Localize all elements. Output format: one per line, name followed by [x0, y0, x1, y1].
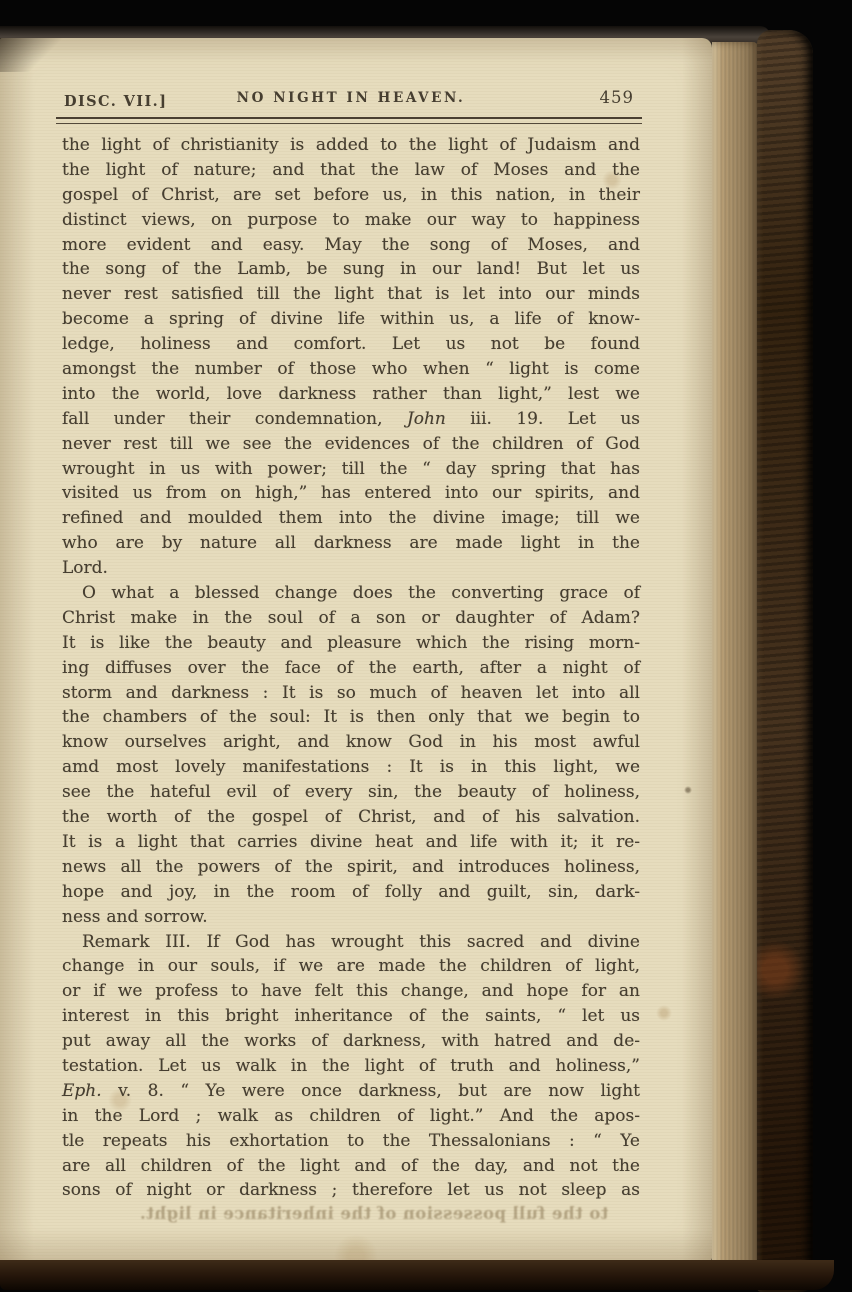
text-line: the song of the Lamb, be sung in our lan… [62, 257, 640, 282]
text-line: refined and moulded them into the divine… [62, 506, 640, 531]
header-double-rule [56, 117, 642, 124]
text-line: more evident and easy. May the song of M… [62, 233, 640, 258]
text-line: gospel of Christ, are set before us, in … [62, 183, 640, 208]
text-line: ledge, holiness and comfort. Let us not … [62, 332, 640, 357]
text-line: are all children of the light and of the… [62, 1154, 640, 1179]
text-line: ness and sorrow. [62, 905, 640, 930]
text-line: in the Lord ; walk as children of light.… [62, 1104, 640, 1129]
text-line: the chambers of the soul: It is then onl… [62, 705, 640, 730]
text-line: the light of nature; and that the law of… [62, 158, 640, 183]
text-line: the light of christianity is added to th… [62, 133, 640, 158]
text-line: Lord. [62, 556, 640, 581]
text-line: never rest satisfied till the light that… [62, 282, 640, 307]
page-number: 459 [600, 88, 635, 107]
text-line: amongst the number of those who when “ l… [62, 357, 640, 382]
text-line: never rest till we see the evidences of … [62, 432, 640, 457]
bleedthrough-text: to the full possession of the inheritanc… [106, 1204, 642, 1223]
text-line: the worth of the gospel of Christ, and o… [62, 805, 640, 830]
text-line: who are by nature all darkness are made … [62, 531, 640, 556]
text-line: into the world, love darkness rather tha… [62, 382, 640, 407]
text-line: tle repeats his exhortation to the Thess… [62, 1129, 640, 1154]
text-line: It is like the beauty and pleasure which… [62, 631, 640, 656]
running-title: NO NIGHT IN HEAVEN. [62, 90, 640, 106]
leather-cover-bottom [0, 1260, 834, 1290]
text-line: testation. Let us walk in the light of t… [62, 1054, 640, 1079]
text-line: Christ make in the soul of a son or daug… [62, 606, 640, 631]
leather-cover-edge [757, 30, 813, 1292]
text-line: fall under their condemnation, John iii.… [62, 407, 640, 432]
text-line: or if we profess to have felt this chang… [62, 979, 640, 1004]
text-line: ing diffuses over the face of the earth,… [62, 656, 640, 681]
text-line: interest in this bright inheritance of t… [62, 1004, 640, 1029]
body-text: the light of christianity is added to th… [62, 133, 640, 1203]
text-line: amd most lovely manifestations : It is i… [62, 755, 640, 780]
text-line: O what a blessed change does the convert… [62, 581, 640, 606]
text-line: sons of night or darkness ; therefore le… [62, 1178, 640, 1203]
text-line: news all the powers of the spirit, and i… [62, 855, 640, 880]
text-line: Remark III. If God has wrought this sacr… [62, 930, 640, 955]
text-line: change in our souls, if we are made the … [62, 954, 640, 979]
book-page: DISC. VII.] NO NIGHT IN HEAVEN. 459 the … [0, 38, 712, 1262]
text-line: become a spring of divine life within us… [62, 307, 640, 332]
book-photo-scene: DISC. VII.] NO NIGHT IN HEAVEN. 459 the … [0, 0, 852, 1292]
text-line: know ourselves aright, and know God in h… [62, 730, 640, 755]
page-fore-edge [712, 42, 758, 1268]
page-header: DISC. VII.] NO NIGHT IN HEAVEN. 459 [62, 88, 640, 116]
text-line: see the hateful evil of every sin, the b… [62, 780, 640, 805]
text-line: visited us from on high,” has entered in… [62, 481, 640, 506]
text-line: Eph. v. 8. “ Ye were once darkness, but … [62, 1079, 640, 1104]
text-line: wrought in us with power; till the “ day… [62, 457, 640, 482]
text-line: hope and joy, in the room of folly and g… [62, 880, 640, 905]
text-line: put away all the works of darkness, with… [62, 1029, 640, 1054]
text-line: It is a light that carries divine heat a… [62, 830, 640, 855]
text-line: storm and darkness : It is so much of he… [62, 681, 640, 706]
text-line: distinct views, on purpose to make our w… [62, 208, 640, 233]
